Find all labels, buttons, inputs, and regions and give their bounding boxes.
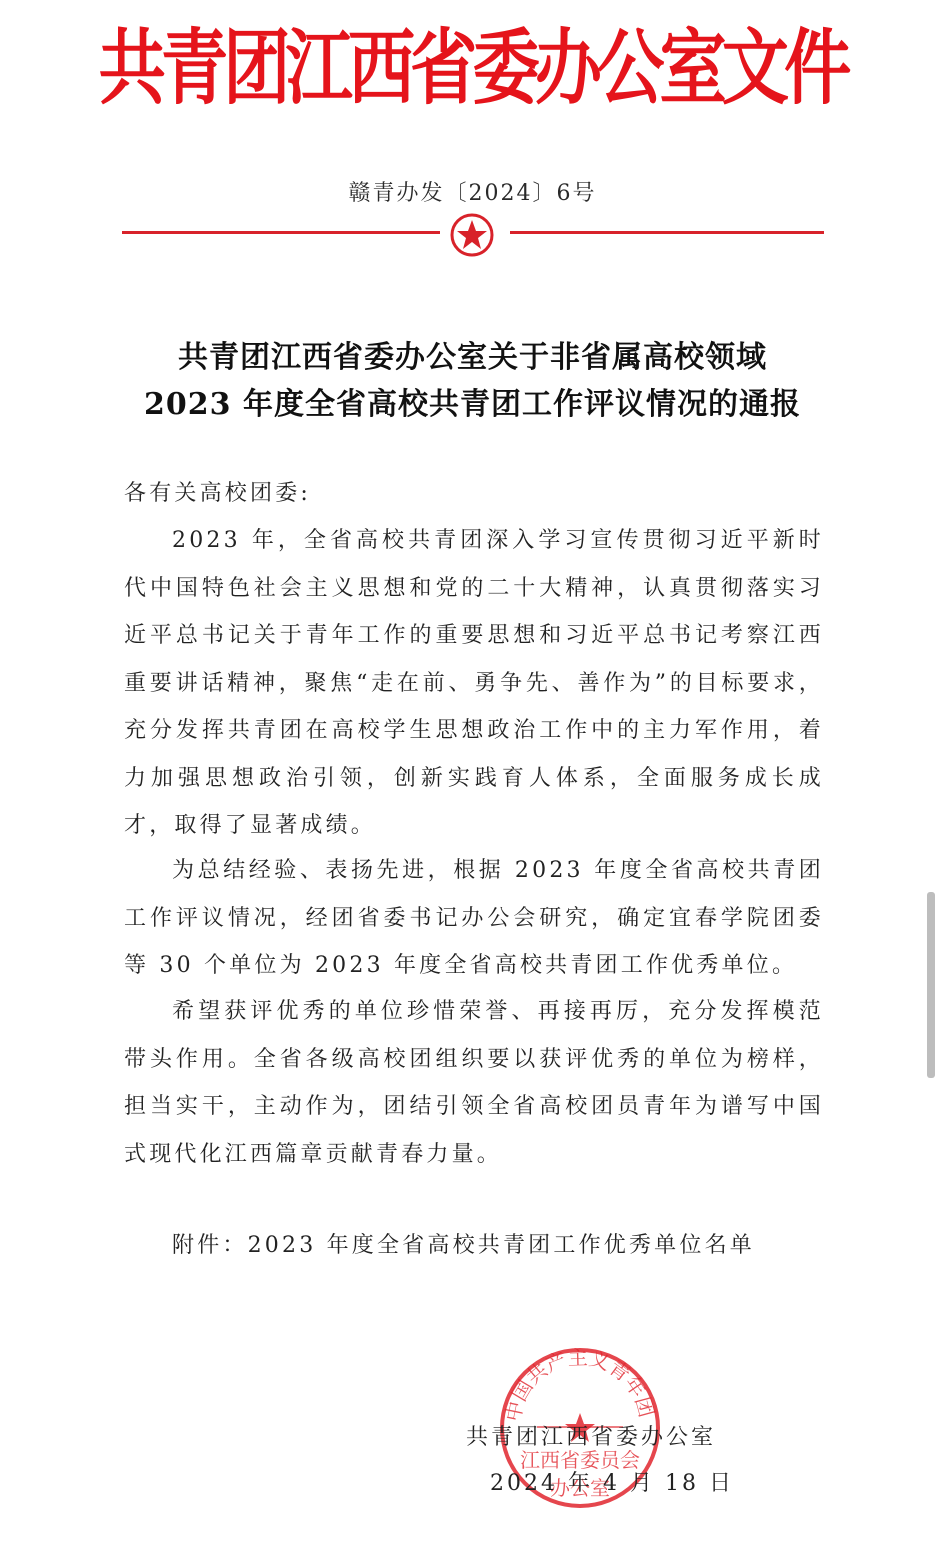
document-masthead: 共青团江西省委办公室文件 [85,14,860,124]
signature-organization: 共青团江西省委办公室 [466,1420,716,1451]
star-emblem-icon [449,212,495,258]
svg-text:中国共产主义青年团: 中国共产主义青年团 [501,1345,659,1423]
document-title-line2: 2023 年度全省高校共青团工作评议情况的通报 [0,379,945,423]
salutation: 各有关高校团委: [124,470,824,518]
signature-date: 2024 年 4 月 18 日 [490,1466,734,1497]
attachment-note: 附件：2023 年度全省高校共青团工作优秀单位名单 [124,1222,824,1270]
scrollbar-thumb[interactable] [927,892,935,1078]
paragraph-3: 希望获评优秀的单位珍惜荣誉、再接再厉，充分发挥模范带头作用。全省各级高校团组织要… [124,988,824,1178]
header-divider-right [510,231,824,234]
document-title-line1: 共青团江西省委办公室关于非省属高校领域 [0,332,945,376]
header-divider-left [122,231,440,234]
paragraph-2: 为总结经验、表扬先进，根据 2023 年度全省高校共青团工作评议情况，经团省委书… [124,847,824,990]
document-number: 赣青办发〔2024〕6号 [0,176,945,207]
paragraph-1: 2023 年，全省高校共青团深入学习宣传贯彻习近平新时代中国特色社会主义思想和党… [124,517,824,850]
